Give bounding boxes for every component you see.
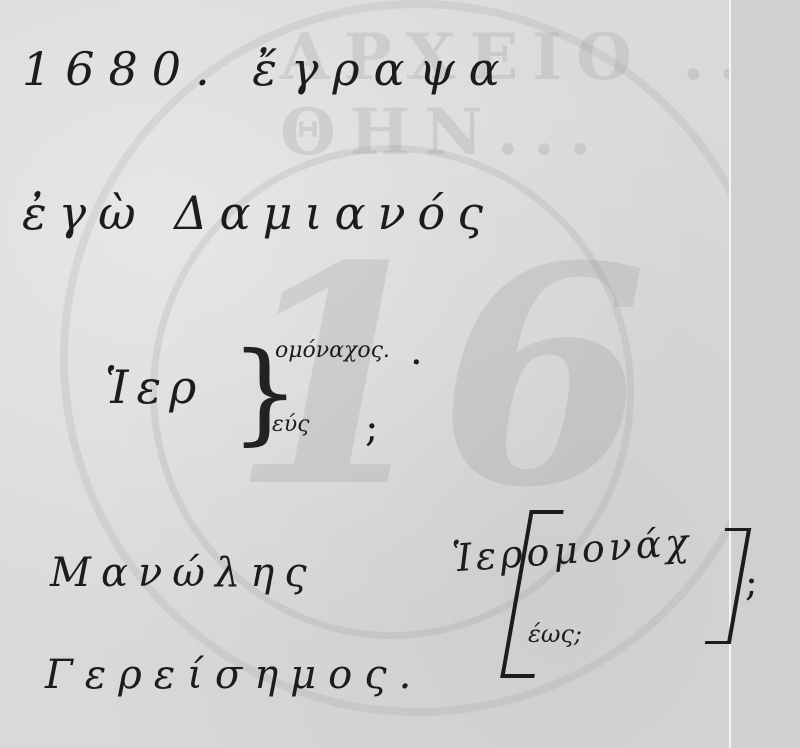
manuscript-page: ΑΡΧΕΙΟ ... ΘΗΝ... 16 1680. ἔγραψα ἐγὼ Δα… xyxy=(0,0,800,748)
date-line: 1680. ἔγραψα xyxy=(22,42,514,96)
page-edge-strip xyxy=(731,0,800,748)
name-line-first: Μανώλης xyxy=(50,550,317,596)
punctuation-mark: · xyxy=(410,340,423,386)
title-option-lower: εύς xyxy=(272,412,310,437)
name-line-second: Γερείσημος. xyxy=(45,652,423,698)
author-line: ἐγὼ Δαμιανός xyxy=(22,186,495,240)
title-option-upper: ομόναχος. xyxy=(275,338,390,363)
question-mark: ; xyxy=(745,560,758,604)
question-mark: ; xyxy=(365,405,378,451)
title-annotation-sub: έως; xyxy=(528,620,582,648)
title-abbrev: Ἱερ xyxy=(105,360,204,414)
